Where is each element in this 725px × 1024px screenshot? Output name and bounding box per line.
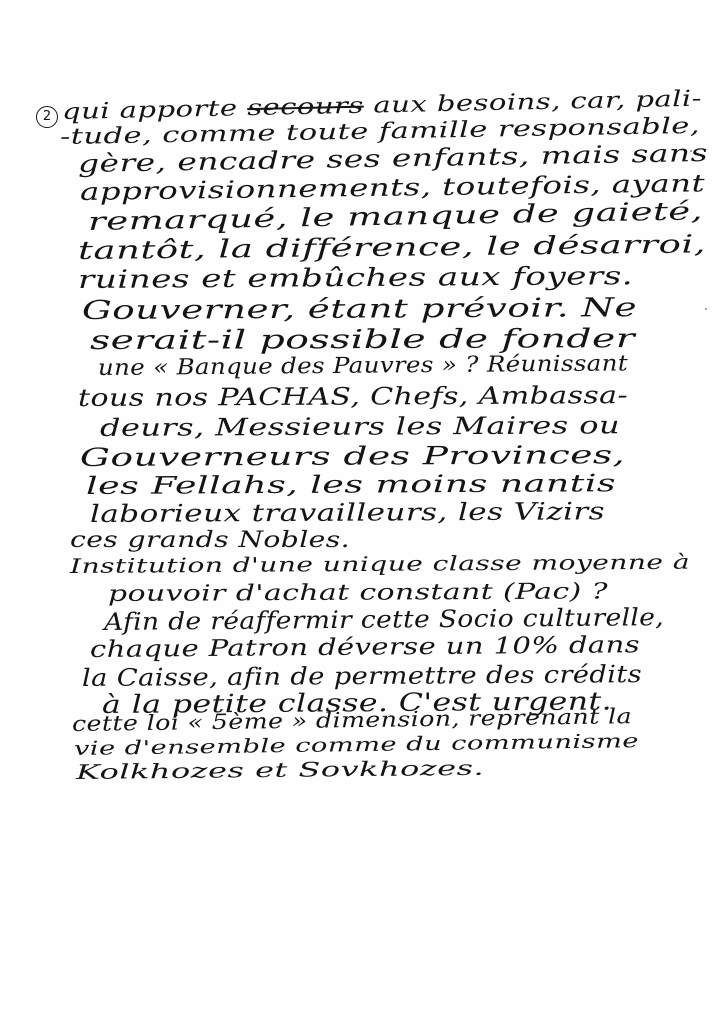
line-text: une « Banque des Pauvres » ? Réunissant — [98, 351, 628, 381]
handwritten-line: Institution d'une unique classe moyenne … — [70, 550, 690, 578]
line-text: Kolkhozes et Sovkhozes. — [76, 756, 484, 784]
line-text: ces grands Nobles. — [70, 528, 350, 553]
line-text: qui apporte — [62, 96, 248, 125]
scan-speck — [705, 308, 707, 310]
handwritten-line: ces grands Nobles. — [70, 528, 350, 553]
handwritten-line: Afin de réaffermir cette Socio culturell… — [104, 603, 664, 636]
handwritten-line: tantôt, la différence, le désarroi, — [78, 229, 706, 265]
handwritten-line: tous nos PACHAS, Chefs, Ambassa- — [78, 381, 628, 412]
line-text: laborieux travailleurs, les Vizirs — [90, 497, 605, 528]
handwritten-line: les Fellahs, les moins nantis — [86, 469, 616, 500]
handwritten-line: ruines et embûches aux foyers. — [78, 261, 633, 294]
scanned-handwritten-page: 2 qui apporte secours aux besoins, car, … — [0, 0, 725, 1024]
line-text: tantôt, la différence, le désarroi, — [78, 229, 706, 265]
line-text: pouvoir d'achat constant (Pac) ? — [108, 579, 608, 607]
line-text: deurs, Messieurs les Maires ou — [100, 411, 620, 442]
line-text: chaque Patron déverse un 10% dans — [90, 632, 640, 663]
handwritten-line: Gouverneurs des Provinces, — [80, 440, 625, 472]
line-text: ruines et embûches aux foyers. — [78, 261, 633, 294]
handwritten-line: Kolkhozes et Sovkhozes. — [76, 756, 484, 784]
struck-word: secours — [247, 94, 364, 121]
line-text: les Fellahs, les moins nantis — [86, 469, 616, 500]
line-text: Gouverner, étant prévoir. Ne — [82, 293, 637, 326]
line-text: Afin de réaffermir cette Socio culturell… — [104, 603, 664, 636]
line-text: tous nos PACHAS, Chefs, Ambassa- — [78, 381, 628, 412]
handwritten-line: une « Banque des Pauvres » ? Réunissant — [98, 351, 628, 381]
handwritten-line: chaque Patron déverse un 10% dans — [90, 632, 640, 663]
handwritten-line: laborieux travailleurs, les Vizirs — [90, 497, 605, 528]
handwritten-line: deurs, Messieurs les Maires ou — [100, 411, 620, 442]
line-text: Gouverneurs des Provinces, — [80, 440, 625, 472]
handwritten-line: Gouverner, étant prévoir. Ne — [82, 293, 637, 326]
line-text: Institution d'une unique classe moyenne … — [70, 550, 690, 578]
page-number-marker: 2 — [36, 106, 58, 128]
scan-speck — [690, 150, 692, 152]
handwritten-line: pouvoir d'achat constant (Pac) ? — [108, 579, 608, 607]
